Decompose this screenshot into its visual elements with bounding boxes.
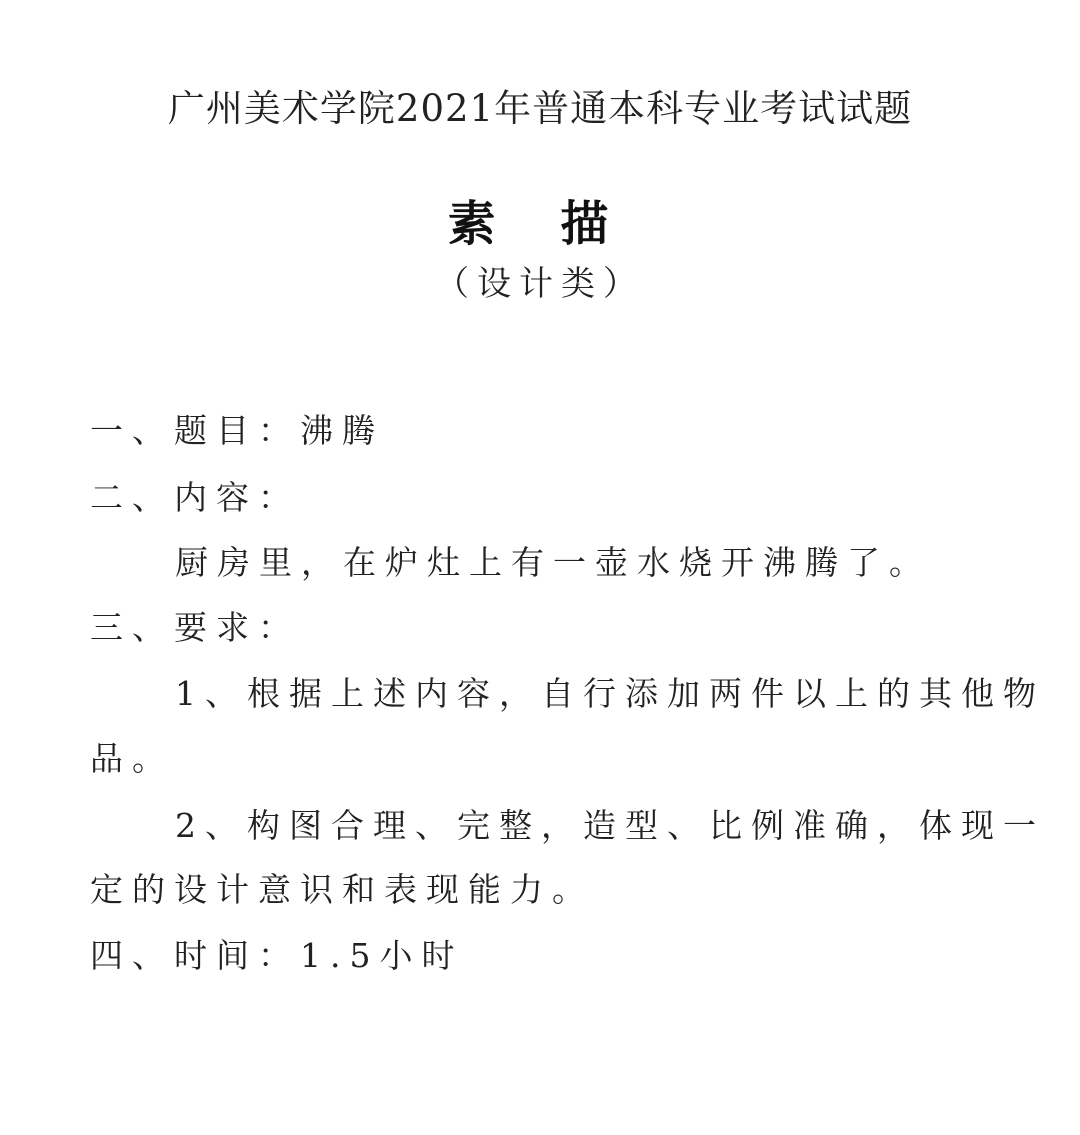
requirement-1-line2: 品。 [90,733,174,780]
exam-title: 广州美术学院2021年普通本科专业考试试题 [0,78,1080,132]
section-content-label: 二、内容： [90,472,300,519]
section-topic: 一、题目：沸腾 [90,405,384,452]
content-text: 厨房里，在炉灶上有一壶水烧开沸腾了。 [175,537,931,584]
requirement-1-line1: 1、根据上述内容，自行添加两件以上的其他物 [175,668,1045,715]
section-time: 四、时间：1.5小时 [90,930,463,977]
requirement-2-line2: 定的设计意识和表现能力。 [90,864,594,911]
requirement-2-line1: 2、构图合理、完整，造型、比例准确，体现一 [175,800,1045,847]
subject-heading: 素 描 [0,185,1080,254]
section-requirements-label: 三、要求： [90,602,300,649]
category-subheading: （设计类） [0,256,1080,305]
